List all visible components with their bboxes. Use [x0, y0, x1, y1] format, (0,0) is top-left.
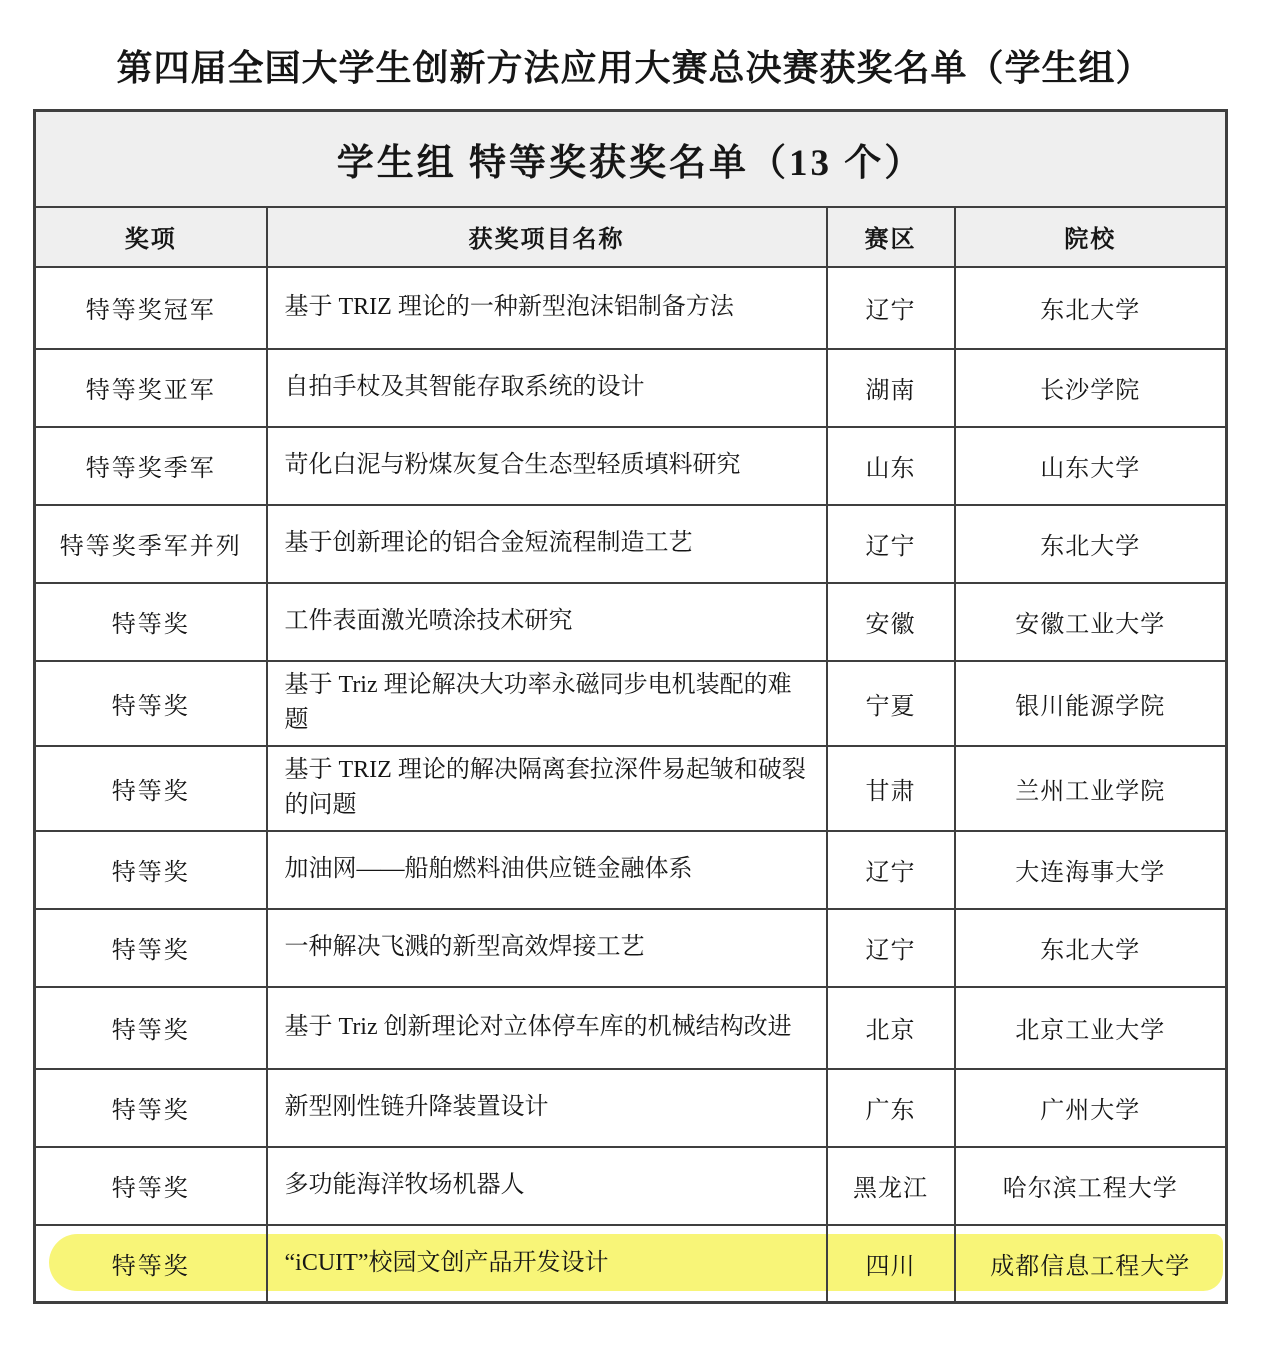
table-row: 特等奖工件表面激光喷涂技术研究安徽安徽工业大学	[35, 583, 1227, 661]
project-cell: 基于 TRIZ 理论的一种新型泡沫铝制备方法	[267, 267, 827, 349]
project-cell: 加油网——船舶燃料油供应链金融体系	[267, 831, 827, 909]
award-cell: 特等奖	[35, 1147, 267, 1225]
region-cell: 黑龙江	[827, 1147, 955, 1225]
project-cell: “iCUIT”校园文创产品开发设计	[267, 1225, 827, 1303]
column-header-project: 获奖项目名称	[267, 207, 827, 267]
award-cell: 特等奖	[35, 987, 267, 1069]
award-cell: 特等奖	[35, 583, 267, 661]
project-cell: 多功能海洋牧场机器人	[267, 1147, 827, 1225]
project-cell: 基于 Triz 理论解决大功率永磁同步电机装配的难题	[267, 661, 827, 746]
region-cell: 安徽	[827, 583, 955, 661]
table-row: 特等奖新型刚性链升降装置设计广东广州大学	[35, 1069, 1227, 1147]
table-row: 特等奖基于 Triz 创新理论对立体停车库的机械结构改进北京北京工业大学	[35, 987, 1227, 1069]
project-cell: 基于 Triz 创新理论对立体停车库的机械结构改进	[267, 987, 827, 1069]
project-cell: 新型刚性链升降装置设计	[267, 1069, 827, 1147]
project-cell: 一种解决飞溅的新型高效焊接工艺	[267, 909, 827, 987]
region-cell: 辽宁	[827, 909, 955, 987]
award-cell: 特等奖	[35, 909, 267, 987]
table-title: 学生组 特等奖获奖名单（13 个）	[35, 111, 1227, 207]
school-cell: 东北大学	[955, 505, 1227, 583]
award-cell: 特等奖季军	[35, 427, 267, 505]
school-cell: 哈尔滨工程大学	[955, 1147, 1227, 1225]
award-cell: 特等奖	[35, 1069, 267, 1147]
project-cell: 苛化白泥与粉煤灰复合生态型轻质填料研究	[267, 427, 827, 505]
table-row: 特等奖多功能海洋牧场机器人黑龙江哈尔滨工程大学	[35, 1147, 1227, 1225]
award-cell: 特等奖	[35, 831, 267, 909]
page-title: 第四届全国大学生创新方法应用大赛总决赛获奖名单（学生组）	[0, 40, 1269, 91]
table-row: 特等奖一种解决飞溅的新型高效焊接工艺辽宁东北大学	[35, 909, 1227, 987]
region-cell: 四川	[827, 1225, 955, 1303]
award-cell: 特等奖季军并列	[35, 505, 267, 583]
table-row: 特等奖亚军自拍手杖及其智能存取系统的设计湖南长沙学院	[35, 349, 1227, 427]
project-cell: 基于 TRIZ 理论的解决隔离套拉深件易起皱和破裂的问题	[267, 746, 827, 831]
table-row: 特等奖季军苛化白泥与粉煤灰复合生态型轻质填料研究山东山东大学	[35, 427, 1227, 505]
region-cell: 辽宁	[827, 267, 955, 349]
awards-table-container: 学生组 特等奖获奖名单（13 个） 奖项 获奖项目名称 赛区 院校 特等奖冠军基…	[33, 109, 1225, 1304]
school-cell: 安徽工业大学	[955, 583, 1227, 661]
region-cell: 山东	[827, 427, 955, 505]
school-cell: 大连海事大学	[955, 831, 1227, 909]
region-cell: 辽宁	[827, 505, 955, 583]
region-cell: 湖南	[827, 349, 955, 427]
table-row: 特等奖“iCUIT”校园文创产品开发设计四川成都信息工程大学	[35, 1225, 1227, 1303]
school-cell: 东北大学	[955, 909, 1227, 987]
school-cell: 广州大学	[955, 1069, 1227, 1147]
table-row: 特等奖基于 TRIZ 理论的解决隔离套拉深件易起皱和破裂的问题甘肃兰州工业学院	[35, 746, 1227, 831]
school-cell: 长沙学院	[955, 349, 1227, 427]
table-title-row: 学生组 特等奖获奖名单（13 个）	[35, 111, 1227, 207]
school-cell: 东北大学	[955, 267, 1227, 349]
award-cell: 特等奖	[35, 1225, 267, 1303]
region-cell: 宁夏	[827, 661, 955, 746]
school-cell: 山东大学	[955, 427, 1227, 505]
column-header-region: 赛区	[827, 207, 955, 267]
region-cell: 北京	[827, 987, 955, 1069]
awards-table: 学生组 特等奖获奖名单（13 个） 奖项 获奖项目名称 赛区 院校 特等奖冠军基…	[33, 109, 1228, 1304]
column-header-row: 奖项 获奖项目名称 赛区 院校	[35, 207, 1227, 267]
award-cell: 特等奖	[35, 746, 267, 831]
award-cell: 特等奖冠军	[35, 267, 267, 349]
table-row: 特等奖冠军基于 TRIZ 理论的一种新型泡沫铝制备方法辽宁东北大学	[35, 267, 1227, 349]
project-cell: 自拍手杖及其智能存取系统的设计	[267, 349, 827, 427]
region-cell: 广东	[827, 1069, 955, 1147]
column-header-award: 奖项	[35, 207, 267, 267]
award-cell: 特等奖	[35, 661, 267, 746]
region-cell: 甘肃	[827, 746, 955, 831]
table-row: 特等奖季军并列基于创新理论的铝合金短流程制造工艺辽宁东北大学	[35, 505, 1227, 583]
column-header-school: 院校	[955, 207, 1227, 267]
school-cell: 兰州工业学院	[955, 746, 1227, 831]
project-cell: 工件表面激光喷涂技术研究	[267, 583, 827, 661]
table-row: 特等奖加油网——船舶燃料油供应链金融体系辽宁大连海事大学	[35, 831, 1227, 909]
school-cell: 北京工业大学	[955, 987, 1227, 1069]
table-row: 特等奖基于 Triz 理论解决大功率永磁同步电机装配的难题宁夏银川能源学院	[35, 661, 1227, 746]
school-cell: 成都信息工程大学	[955, 1225, 1227, 1303]
region-cell: 辽宁	[827, 831, 955, 909]
school-cell: 银川能源学院	[955, 661, 1227, 746]
award-cell: 特等奖亚军	[35, 349, 267, 427]
project-cell: 基于创新理论的铝合金短流程制造工艺	[267, 505, 827, 583]
